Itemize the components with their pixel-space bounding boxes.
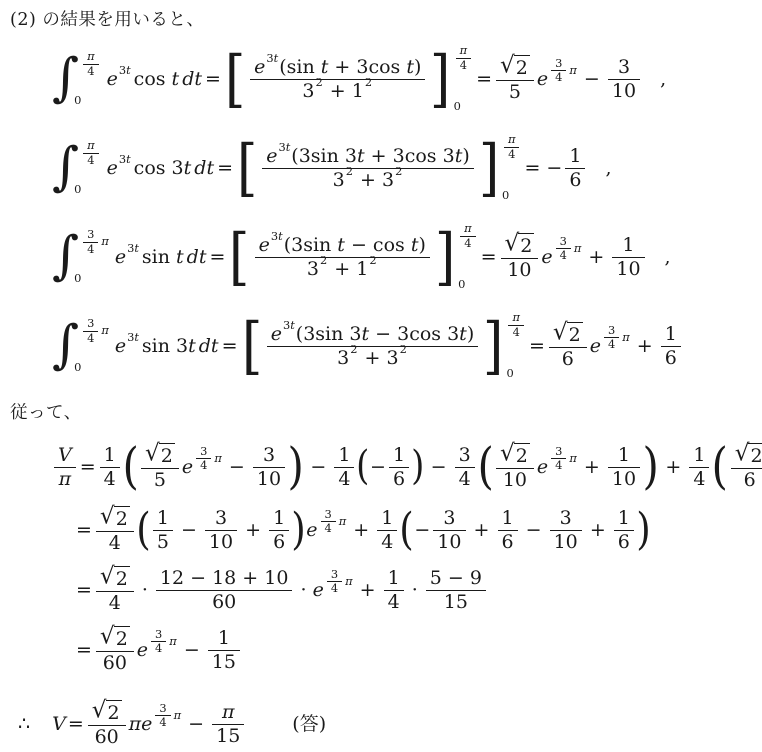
math-text: 3 — [618, 56, 630, 79]
math-fraction: 310 — [205, 507, 237, 554]
math-text: 2 — [395, 165, 402, 179]
math-text: · — [136, 579, 154, 602]
math-fraction: 16 — [389, 444, 409, 491]
bracket-content: e3t(3sin 3t − 3cos 3t)32 + 32 — [265, 323, 481, 370]
math-text: + — [584, 519, 612, 542]
math-text: 4 — [560, 249, 567, 263]
math-numerator: 3 — [151, 628, 166, 642]
math-text: 10 — [616, 258, 640, 281]
math-denominator: 4 — [556, 248, 571, 263]
math-text: + 3cos 3 — [365, 145, 455, 168]
math-text: 10 — [612, 468, 636, 491]
equation-integral-e3t-sin-3t: ∫34π0e3tsin 3tdt=[e3t(3sin 3t − 3cos 3t)… — [52, 302, 762, 391]
math-paren: ( — [136, 508, 150, 552]
math-text: 3 — [215, 507, 227, 530]
math-superscript: 2 — [346, 165, 353, 179]
math-text: 1 — [693, 444, 705, 467]
integral-results-block: ∫π40e3tcos tdt=[e3t(sin t + 3cos t)32 + … — [52, 35, 762, 391]
math-text: 1 — [665, 323, 677, 346]
integral-limits: π40 — [77, 50, 101, 108]
math-text: = — [217, 157, 233, 180]
intro-text: (2) の結果を用いると、 — [10, 8, 762, 33]
math-fraction: e3t(sin t + 3cos t)32 + 12 — [250, 56, 425, 103]
math-denominator: 6 — [389, 467, 409, 491]
math-fraction: 115 — [208, 627, 240, 674]
math-denominator: 4 — [83, 242, 98, 257]
math-denominator: 4 — [83, 64, 99, 79]
math-numerator: e3t(3sin 3t + 3cos 3t) — [262, 145, 474, 168]
math-numerator: 1 — [100, 444, 120, 467]
evaluation-bracket: [e3t(3sin 3t − 3cos 3t)32 + 32]π40 — [240, 311, 526, 381]
math-text: = — [76, 579, 92, 602]
math-text: 6 — [273, 531, 285, 554]
math-numerator: √2 — [96, 566, 134, 591]
math-space — [497, 257, 499, 258]
bracket-upper-limit: π4 — [454, 44, 474, 72]
bracket-lower-limit: 0 — [502, 189, 522, 203]
math-variable: π — [214, 452, 222, 466]
math-text: 4 — [200, 459, 207, 473]
evaluation-bracket: [e3t(3sin 3t + 3cos 3t)32 + 32]π40 — [235, 133, 521, 203]
math-numerator: 3 — [253, 444, 285, 467]
radical-icon: √ — [100, 627, 115, 646]
math-text: 4 — [87, 154, 94, 168]
math-denominator: 6 — [498, 530, 518, 554]
math-variable: π — [464, 222, 472, 236]
integral: ∫π40 — [52, 139, 101, 197]
math-denominator: 10 — [608, 467, 640, 491]
math-denominator: 6 — [565, 168, 585, 192]
math-denominator: 6 — [269, 530, 289, 554]
bracket-content: e3t(3sin 3t + 3cos 3t)32 + 32 — [260, 145, 476, 192]
math-text: 5 — [509, 81, 521, 104]
math-variable: π — [169, 635, 177, 649]
math-numerator: 3 — [455, 444, 475, 467]
math-text: 10 — [554, 531, 578, 554]
math-text: + 1 — [328, 258, 368, 281]
math-text: 4 — [155, 642, 162, 656]
math-variable: e — [141, 713, 152, 736]
math-variable: dt — [194, 157, 214, 180]
math-fraction: π4 — [460, 222, 476, 250]
math-space — [647, 257, 665, 258]
bracket-content: e3t(sin t + 3cos t)32 + 12 — [248, 56, 427, 103]
left-bracket-icon: [ — [237, 137, 258, 199]
bracket-limits: π40 — [506, 311, 526, 381]
math-text: = — [76, 639, 92, 662]
math-paren: ( — [122, 442, 138, 491]
math-fraction: 16 — [661, 323, 681, 370]
math-text: 4 — [555, 459, 562, 473]
math-fraction: 16 — [269, 507, 289, 554]
math-variable: e — [306, 519, 317, 542]
math-text: ) — [467, 323, 474, 346]
integral-upper-limit: π4 — [81, 139, 101, 167]
math-space — [492, 79, 494, 80]
math-variable: e — [259, 234, 270, 257]
math-text: 4 — [87, 65, 94, 79]
math-denominator: 4 — [100, 467, 120, 491]
math-numerator: 1 — [153, 507, 173, 530]
math-text: 3 — [307, 258, 319, 281]
math-superscript: 2 — [350, 343, 357, 357]
radical-icon: √ — [100, 507, 115, 526]
math-numerator: 3 — [327, 568, 342, 582]
math-text: 3 — [278, 141, 285, 155]
math-numerator: 1 — [498, 507, 518, 530]
math-denominator: 4 — [151, 641, 166, 656]
math-numerator: 1 — [334, 444, 354, 467]
math-denominator: 60 — [96, 651, 134, 675]
math-variable: π — [622, 331, 630, 345]
math-superscript: 34π — [602, 324, 630, 352]
math-text: 4 — [159, 716, 166, 730]
math-text: 1 — [622, 234, 634, 257]
math-text: 1 — [157, 507, 169, 530]
radical-icon: √ — [92, 701, 107, 720]
math-text: = − — [524, 157, 562, 180]
math-text: 3 — [200, 445, 207, 459]
math-fraction: 34 — [551, 445, 566, 473]
math-text: + 3 — [354, 169, 394, 192]
math-variable: π — [569, 64, 577, 78]
math-fraction: 34 — [551, 57, 566, 85]
math-space — [642, 79, 660, 80]
math-text: 3 — [127, 242, 134, 256]
math-text: − — [223, 456, 251, 479]
math-square-root: √2 — [553, 322, 583, 347]
math-denominator: 4 — [689, 467, 709, 491]
math-numerator: √2 — [88, 700, 126, 725]
math-text: 0 — [74, 361, 81, 375]
math-text: ) — [462, 145, 469, 168]
math-numerator: 3 — [83, 317, 98, 331]
math-numerator: 3 — [196, 445, 211, 459]
math-variable: e — [254, 56, 265, 79]
left-bracket-icon: [ — [225, 48, 246, 110]
math-text: 2 — [346, 165, 353, 179]
math-text: , — [605, 157, 611, 180]
math-variable: e — [266, 145, 277, 168]
math-text: 6 — [665, 347, 677, 370]
math-denominator: 4 — [321, 521, 336, 536]
math-variable: e — [182, 456, 193, 479]
math-numerator: 1 — [565, 145, 585, 168]
bracket-limits: π40 — [458, 222, 478, 292]
math-text: 3 — [271, 230, 278, 244]
math-numerator: V — [54, 444, 76, 467]
math-denominator: 15 — [208, 650, 240, 674]
math-text: 4 — [555, 71, 562, 85]
math-text: − 3cos 3 — [369, 323, 459, 346]
math-text: 4 — [388, 591, 400, 614]
math-text: 3 — [333, 169, 345, 192]
integral: ∫34π0 — [52, 317, 109, 375]
math-fraction: 34 — [556, 235, 571, 263]
math-text: 6 — [502, 531, 514, 554]
math-fraction: √210 — [496, 443, 534, 492]
math-paren: ) — [411, 447, 424, 487]
math-text: = — [80, 456, 96, 479]
math-text: 4 — [513, 326, 520, 340]
math-text: 6 — [744, 469, 756, 492]
math-variable: e — [537, 68, 548, 91]
math-superscript: 34π — [319, 508, 347, 536]
math-fraction: 34 — [321, 508, 336, 536]
math-superscript: 34π — [153, 702, 181, 730]
equation-integral-e3t-sin-t: ∫34π0e3tsin tdt=[e3t(3sin t − cos t)32 +… — [52, 213, 762, 302]
math-text: = — [68, 713, 84, 736]
math-denominator: 4 — [83, 331, 98, 346]
math-square-root: √2 — [100, 626, 130, 651]
integral-limits: π40 — [77, 139, 101, 197]
math-radicand: 2 — [567, 322, 583, 347]
math-superscript: 2 — [320, 254, 327, 268]
math-text: + — [659, 456, 687, 479]
math-paren: ) — [291, 508, 305, 552]
math-superscript: 2 — [395, 165, 402, 179]
math-denominator: 5 — [496, 80, 534, 104]
math-space — [30, 724, 52, 725]
math-paren: ) — [642, 442, 658, 491]
math-text: 2 — [750, 445, 762, 468]
math-space — [92, 530, 94, 531]
math-fraction: 34 — [604, 324, 619, 352]
math-variable: V — [52, 713, 66, 736]
math-paren: ( — [477, 442, 493, 491]
math-denominator: 4 — [508, 325, 524, 340]
math-fraction: 16 — [614, 507, 634, 554]
math-space — [562, 168, 563, 169]
math-variable: π — [59, 468, 72, 491]
derivation-line-2: =√24(15 − 310 + 16)e34π + 14(−310 + 16 −… — [76, 501, 762, 559]
derivation-line-1: Vπ=14(√25e34π − 310) − 14(−16) − 34(√210… — [52, 435, 762, 499]
math-text: 2 — [400, 343, 407, 357]
math-radicand: 2 — [114, 566, 130, 591]
math-numerator: √2 — [496, 443, 534, 468]
math-fraction: 16 — [565, 145, 585, 192]
math-text: 3 — [87, 317, 94, 331]
math-superscript: 2 — [365, 76, 372, 90]
final-answer-line: ∴V=√260πe34π − π15(答) — [18, 693, 762, 752]
math-text: 4 — [460, 59, 467, 73]
math-text: 1 — [388, 567, 400, 590]
math-text: 0 — [502, 189, 509, 203]
math-denominator: 6 — [661, 346, 681, 370]
math-fraction: 14 — [384, 567, 404, 614]
math-fraction: √26 — [731, 443, 762, 492]
math-fraction: 14 — [100, 444, 120, 491]
math-denominator: 10 — [253, 467, 285, 491]
math-denominator: 4 — [327, 581, 342, 596]
math-space — [84, 724, 86, 725]
math-text: = — [76, 519, 92, 542]
math-fraction: 16 — [498, 507, 518, 554]
math-numerator: √2 — [501, 233, 539, 258]
math-variable: e — [107, 68, 118, 91]
math-numerator: 1 — [612, 234, 644, 257]
math-radicand: 2 — [748, 443, 762, 468]
math-variable: e — [137, 639, 148, 662]
math-fraction: 34 — [83, 317, 98, 345]
integral-lower-limit: 0 — [74, 272, 109, 286]
math-variable: t — [290, 319, 295, 333]
math-numerator: 3 — [205, 507, 237, 530]
math-radicand: 2 — [114, 626, 130, 651]
math-text: 3 — [325, 508, 332, 522]
math-variable: π — [569, 452, 577, 466]
math-text: 2 — [316, 76, 323, 90]
math-variable: π — [222, 701, 235, 724]
math-variable: t — [176, 246, 184, 269]
math-fraction: π4 — [508, 311, 524, 339]
math-superscript: 34π — [549, 57, 577, 85]
integral-upper-limit: 34π — [81, 317, 109, 345]
math-numerator: 3 — [83, 228, 98, 242]
math-fraction: 34 — [196, 445, 211, 473]
math-text: + — [354, 579, 382, 602]
math-variable: t — [337, 234, 345, 257]
math-text: 1 — [381, 507, 393, 530]
bracket-lower-limit: 0 — [506, 367, 526, 381]
math-numerator: 5 − 9 — [426, 567, 486, 590]
math-text: − — [178, 639, 206, 662]
math-text: · — [294, 579, 312, 602]
math-text: 3 — [555, 57, 562, 71]
radical-icon: √ — [500, 444, 515, 463]
math-numerator: 3 — [550, 507, 582, 530]
math-text: 2 — [116, 568, 128, 591]
math-denominator: 10 — [550, 530, 582, 554]
math-superscript: 34π — [325, 568, 353, 596]
math-text: 1 — [273, 507, 285, 530]
math-square-root: √2 — [500, 55, 530, 80]
math-text: − — [425, 456, 453, 479]
math-numerator: π — [83, 50, 99, 64]
math-space — [587, 168, 605, 169]
math-text: = — [222, 335, 238, 358]
math-denominator: 10 — [205, 530, 237, 554]
math-text: 3 — [283, 319, 290, 333]
integral-upper-limit: 34π — [81, 228, 109, 256]
math-text: 1 — [502, 507, 514, 530]
math-text: 3 — [560, 507, 572, 530]
math-text: 1 — [338, 444, 350, 467]
math-text: 1 — [393, 444, 405, 467]
math-denominator: 15 — [212, 724, 244, 748]
math-numerator: e3t(sin t + 3cos t) — [250, 56, 425, 79]
math-fraction: e3t(3sin 3t − 3cos 3t)32 + 32 — [267, 323, 479, 370]
math-variable: π — [345, 575, 353, 589]
math-variable: t — [274, 52, 279, 66]
math-fraction: 110 — [608, 444, 640, 491]
math-variable: e — [590, 335, 601, 358]
bracket-upper-limit: π4 — [458, 222, 478, 250]
math-numerator: 1 — [269, 507, 289, 530]
math-fraction: 14 — [689, 444, 709, 491]
math-numerator: 1 — [384, 567, 404, 590]
math-fraction: π4 — [83, 139, 99, 167]
math-denominator: 5 — [153, 530, 173, 554]
math-numerator: √2 — [96, 506, 134, 531]
math-superscript: 3t — [266, 52, 278, 66]
math-text: 0 — [506, 367, 513, 381]
math-text: 2 — [516, 445, 528, 468]
math-fraction: 34 — [83, 228, 98, 256]
math-numerator: 3 — [321, 508, 336, 522]
math-numerator: √2 — [549, 322, 587, 347]
math-square-root: √2 — [505, 233, 535, 258]
left-bracket-icon: [ — [229, 226, 250, 288]
integral-limits: 34π0 — [77, 317, 109, 375]
math-text: 3 — [266, 52, 273, 66]
left-bracket-icon: [ — [241, 315, 262, 377]
right-bracket-icon: ] — [435, 226, 456, 288]
math-numerator: √2 — [96, 626, 134, 651]
math-text: + — [578, 456, 606, 479]
math-text: 1 — [618, 507, 630, 530]
math-text: − — [182, 713, 210, 736]
derivation-line-3: =√24 · 12 − 18 + 1060 · e34π + 14 · 5 − … — [76, 561, 762, 619]
math-denominator: 32 + 32 — [262, 168, 474, 192]
math-denominator: 32 + 12 — [255, 257, 430, 281]
math-fraction: 310 — [433, 507, 465, 554]
right-bracket-icon: ] — [483, 315, 504, 377]
math-variable: e — [271, 323, 282, 346]
math-fraction: 5 − 915 — [426, 567, 486, 614]
math-text: 4 — [381, 531, 393, 554]
math-variable: t — [126, 153, 131, 167]
math-superscript: 34π — [549, 445, 577, 473]
math-text: 6 — [618, 531, 630, 554]
math-text: 0 — [74, 94, 81, 108]
math-denominator: 10 — [496, 468, 534, 492]
math-text: 2 — [320, 254, 327, 268]
math-denominator: 60 — [156, 590, 293, 614]
math-text: 3 — [127, 331, 134, 345]
math-numerator: 1 — [661, 323, 681, 346]
math-numerator: 1 — [689, 444, 709, 467]
math-variable: t — [361, 323, 369, 346]
math-fraction: π4 — [456, 44, 472, 72]
math-fraction: 110 — [612, 234, 644, 281]
math-text: 3 — [155, 628, 162, 642]
math-space — [430, 530, 431, 531]
integral-lower-limit: 0 — [74, 183, 101, 197]
math-variable: e — [541, 246, 552, 269]
math-variable: t — [126, 64, 131, 78]
math-text: 3 — [331, 568, 338, 582]
math-superscript: 3t — [127, 242, 139, 256]
math-text: 5 − 9 — [430, 567, 482, 590]
math-denominator: 10 — [612, 257, 644, 281]
math-text: , — [665, 246, 671, 269]
math-text: 10 — [503, 469, 527, 492]
math-fraction: √260 — [96, 626, 134, 675]
math-text: 4 — [87, 243, 94, 257]
math-paren: ( — [357, 447, 370, 487]
math-text: 1 — [104, 444, 116, 467]
math-denominator: 60 — [88, 725, 126, 749]
math-text: − — [578, 68, 606, 91]
integral: ∫π40 — [52, 50, 101, 108]
math-denominator: 10 — [608, 79, 640, 103]
math-text: 10 — [437, 531, 461, 554]
math-radicand: 2 — [106, 700, 122, 725]
math-variable: t — [411, 234, 419, 257]
math-text: cos 3 — [134, 157, 184, 180]
math-text: − cos — [345, 234, 411, 257]
